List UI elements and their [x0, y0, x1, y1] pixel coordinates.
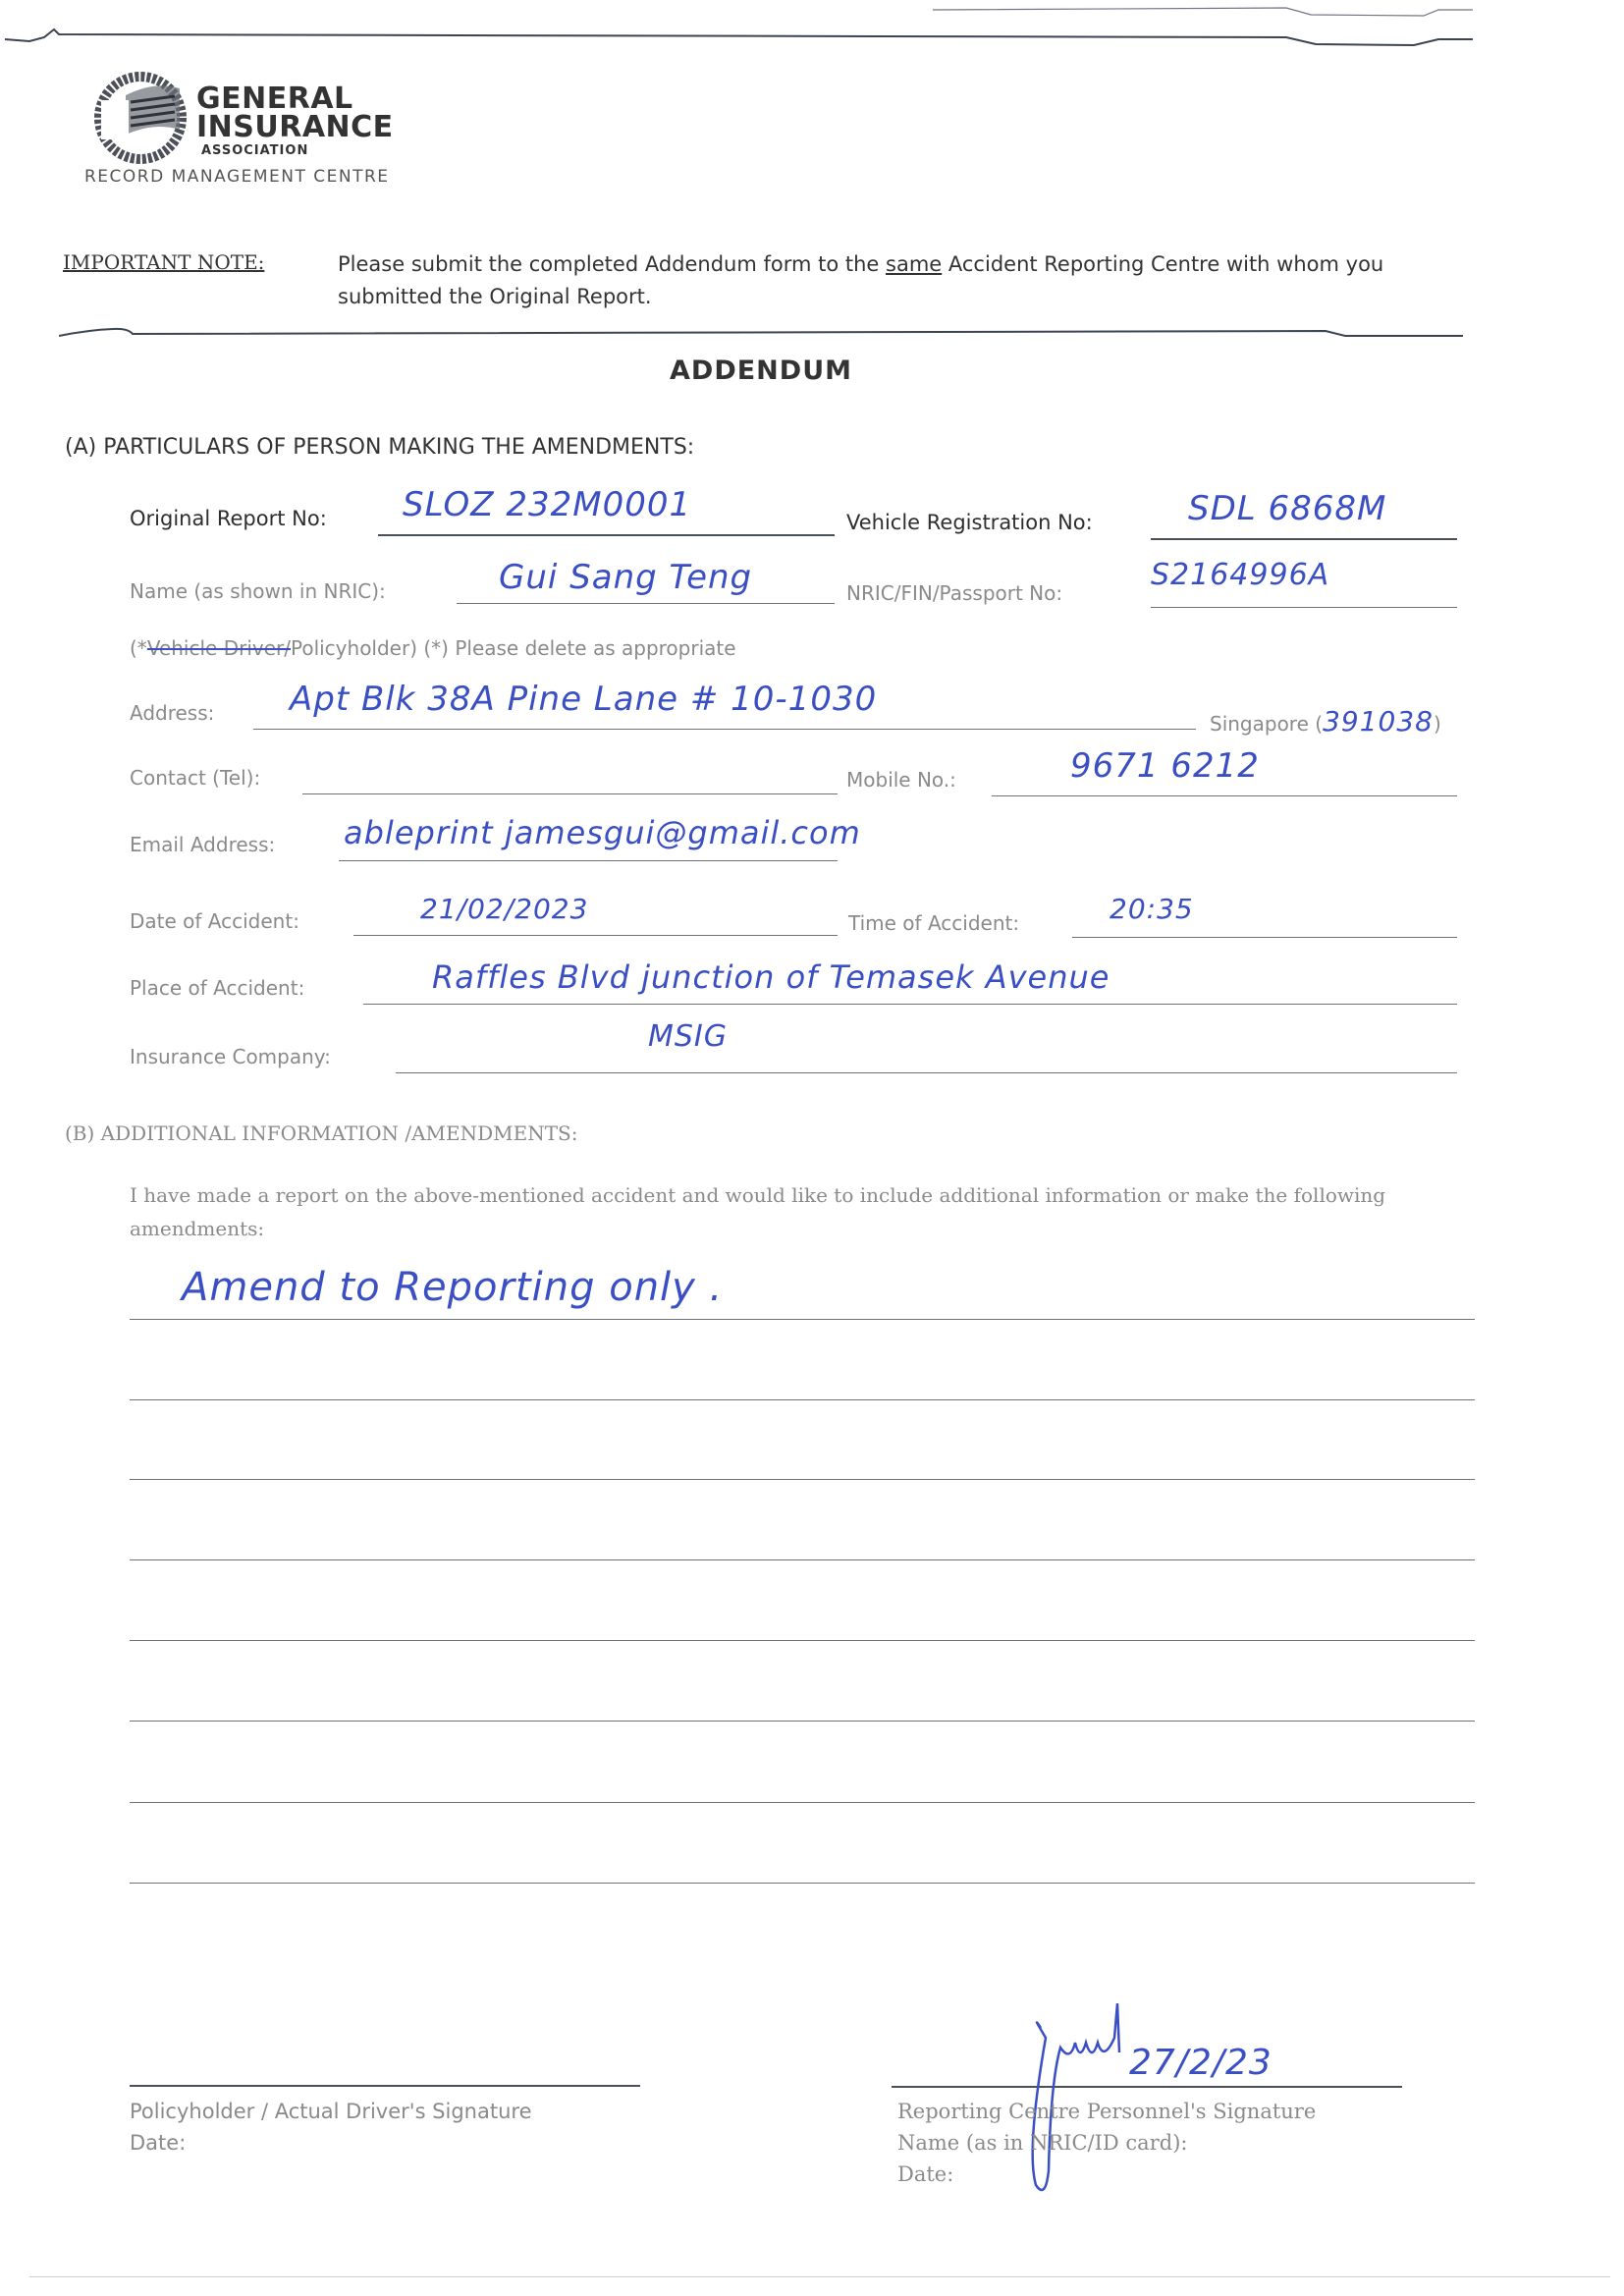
policyholder-date-label: Date: [130, 2127, 186, 2159]
reporting-centre-date-label: Date: [897, 2159, 953, 2190]
address-label: Address: [130, 701, 214, 725]
email-value[interactable]: ableprint jamesgui@gmail.com [344, 813, 861, 852]
time-of-accident-value[interactable]: 20:35 [1110, 890, 1194, 929]
reporting-centre-name-label: Name (as in NRIC/ID card): [897, 2127, 1187, 2159]
amendment-line[interactable] [130, 1640, 1475, 1641]
amendment-line[interactable] [130, 1319, 1475, 1320]
email-label: Email Address: [130, 833, 275, 856]
name-value[interactable]: Gui Sang Teng [499, 558, 752, 597]
section-a-heading: (A) PARTICULARS OF PERSON MAKING THE AME… [65, 435, 694, 460]
contact-tel-label: Contact (Tel): [130, 766, 260, 790]
section-b-paragraph: I have made a report on the above-mentio… [130, 1178, 1485, 1245]
reporting-centre-signature-label: Reporting Centre Personnel's Signature [897, 2096, 1487, 2127]
date-of-accident-label: Date of Accident: [130, 909, 299, 933]
amendment-line[interactable] [130, 1399, 1475, 1400]
postal-code-value: 391038 [1323, 705, 1434, 738]
policyholder-signature-label: Policyholder / Actual Driver's Signature [130, 2096, 719, 2127]
insurance-company-label: Insurance Company: [130, 1045, 331, 1068]
nric-value[interactable]: S2164996A [1151, 556, 1329, 595]
vehicle-registration-label: Vehicle Registration No: [846, 511, 1093, 534]
place-of-accident-label: Place of Accident: [130, 976, 304, 1000]
place-of-accident-value[interactable]: Raffles Blvd junction of Temasek Avenue [432, 957, 1110, 997]
amendment-line[interactable] [130, 1721, 1475, 1722]
role-note-struck: Vehicle Driver/ [147, 636, 291, 660]
logo-line-insurance: INSURANCE [196, 113, 394, 142]
vehicle-registration-value[interactable]: SDL 6868M [1188, 489, 1386, 528]
scan-edge-lines [0, 0, 1624, 59]
reporting-centre-signature-date: 27/2/23 [1129, 2043, 1272, 2083]
mobile-value[interactable]: 9671 6212 [1070, 746, 1260, 786]
logo-line-record-centre: RECORD MANAGEMENT CENTRE [84, 167, 390, 187]
singapore-postal: Singapore (391038) [1210, 705, 1441, 738]
amendment-line[interactable] [130, 1883, 1475, 1884]
time-of-accident-label: Time of Accident: [848, 911, 1019, 935]
gia-emblem-icon [86, 61, 194, 169]
amendment-text[interactable]: Amend to Reporting only . [182, 1268, 723, 1307]
insurance-company-value[interactable]: MSIG [648, 1017, 728, 1057]
mobile-label: Mobile No.: [846, 768, 956, 792]
section-b-heading: (B) ADDITIONAL INFORMATION /AMENDMENTS: [65, 1121, 578, 1145]
role-note: (*Vehicle Driver/Policyholder) (*) Pleas… [130, 636, 736, 660]
important-note-text: Please submit the completed Addendum for… [338, 248, 1467, 313]
amendment-line[interactable] [130, 1802, 1475, 1803]
logo-line-association: ASSOCIATION [201, 143, 308, 158]
page-title: ADDENDUM [0, 355, 1522, 386]
policyholder-signature-field[interactable] [133, 2043, 638, 2082]
name-label: Name (as shown in NRIC): [130, 579, 386, 603]
nric-label: NRIC/FIN/Passport No: [846, 581, 1062, 605]
address-value[interactable]: Apt Blk 38A Pine Lane # 10-1030 [290, 680, 877, 719]
amendment-line[interactable] [130, 1479, 1475, 1480]
original-report-label: Original Report No: [130, 507, 327, 530]
original-report-value[interactable]: SLOZ 232M0001 [403, 485, 691, 524]
amendment-line[interactable] [130, 1559, 1475, 1560]
important-note-label: IMPORTANT NOTE: [63, 250, 264, 274]
header-divider [59, 324, 1463, 344]
date-of-accident-value[interactable]: 21/02/2023 [420, 890, 588, 929]
